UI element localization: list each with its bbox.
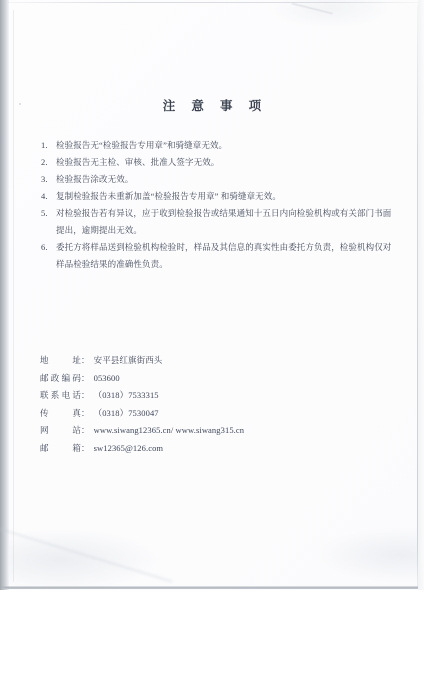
notice-number: 6.: [41, 239, 56, 256]
contact-value: 安平县红旗街西头: [94, 352, 163, 370]
contact-row-address: 地址： 安平县红旗街西头: [40, 352, 380, 370]
page-left-edge-shadow: [0, 0, 9, 590]
notice-text: 检验报告无主检、审核、批准人签字无效。: [56, 154, 399, 171]
page-top-edge: [8, 2, 421, 3]
notice-list: 1. 检验报告无“检验报告专用章”和骑缝章无效。 2. 检验报告无主检、审核、批…: [41, 137, 401, 273]
contact-value: sw12365@126.com: [94, 440, 164, 458]
contact-row-website: 网站： www.siwang12365.cn/ www.siwang315.cn: [40, 422, 380, 440]
page-bottom-smudge: [0, 528, 172, 582]
contact-value: （0318）7533315: [94, 387, 159, 405]
notice-item: 3. 检验报告涂改无效。: [41, 171, 401, 188]
contact-row-fax: 传真： （0318）7530047: [40, 405, 380, 423]
contact-row-postcode: 邮政编码： 053600: [40, 370, 380, 388]
page-right-gutter: [418, 0, 424, 590]
notice-number: 4.: [41, 188, 56, 205]
contact-value: 053600: [94, 370, 120, 388]
contact-label: 地址: [40, 352, 81, 370]
contact-separator: ：: [81, 440, 90, 458]
contact-label: 邮箱: [40, 440, 81, 458]
notice-number: 3.: [41, 171, 56, 188]
contact-block: 地址： 安平县红旗街西头 邮政编码： 053600 联系电话： （0318）75…: [40, 352, 380, 457]
page-title: 注 意 事 项: [0, 96, 424, 116]
notice-number: 2.: [41, 154, 56, 171]
notice-number: 1.: [41, 137, 56, 154]
notice-number: 5.: [41, 205, 56, 222]
notice-item: 5. 对检验报告若有异议，应于收到检验报告或结果通知十五日内向检验机构或有关部门…: [41, 205, 401, 239]
contact-separator: ：: [81, 422, 90, 440]
notice-text: 检验报告涂改无效。: [56, 171, 399, 188]
scanned-document-canvas: 注 意 事 项 1. 检验报告无“检验报告专用章”和骑缝章无效。 2. 检验报告…: [0, 0, 424, 700]
notice-item: 1. 检验报告无“检验报告专用章”和骑缝章无效。: [41, 137, 401, 154]
notice-text: 委托方将样品送到检验机构检验时，样品及其信息的真实性由委托方负责，检验机构仅对样…: [56, 239, 399, 273]
notice-item: 6. 委托方将样品送到检验机构检验时，样品及其信息的真实性由委托方负责，检验机构…: [41, 239, 401, 273]
notice-text: 检验报告无“检验报告专用章”和骑缝章无效。: [56, 137, 399, 154]
contact-separator: ：: [81, 352, 90, 370]
page-corner-crease: [292, 3, 333, 14]
document-page: 注 意 事 项 1. 检验报告无“检验报告专用章”和骑缝章无效。 2. 检验报告…: [0, 0, 424, 590]
contact-label: 邮政编码: [40, 370, 81, 388]
notice-item: 4. 复制检验报告未重新加盖“检验报告专用章” 和骑缝章无效。: [41, 188, 401, 205]
contact-row-email: 邮箱： sw12365@126.com: [40, 440, 380, 458]
page-bottom-edge: [2, 586, 419, 589]
contact-label: 网站: [40, 422, 81, 440]
contact-separator: ：: [81, 387, 90, 405]
contact-value: （0318）7530047: [94, 405, 159, 423]
contact-label: 联系电话: [40, 387, 81, 405]
contact-value: www.siwang12365.cn/ www.siwang315.cn: [94, 422, 245, 440]
notice-item: 2. 检验报告无主检、审核、批准人签字无效。: [41, 154, 401, 171]
contact-separator: ：: [81, 405, 90, 423]
contact-label: 传真: [40, 405, 81, 423]
notice-text: 复制检验报告未重新加盖“检验报告专用章” 和骑缝章无效。: [56, 188, 399, 205]
contact-separator: ：: [81, 370, 90, 388]
contact-row-phone: 联系电话： （0318）7533315: [40, 387, 380, 405]
notice-text: 对检验报告若有异议，应于收到检验报告或结果通知十五日内向检验机构或有关部门书面提…: [56, 205, 399, 239]
